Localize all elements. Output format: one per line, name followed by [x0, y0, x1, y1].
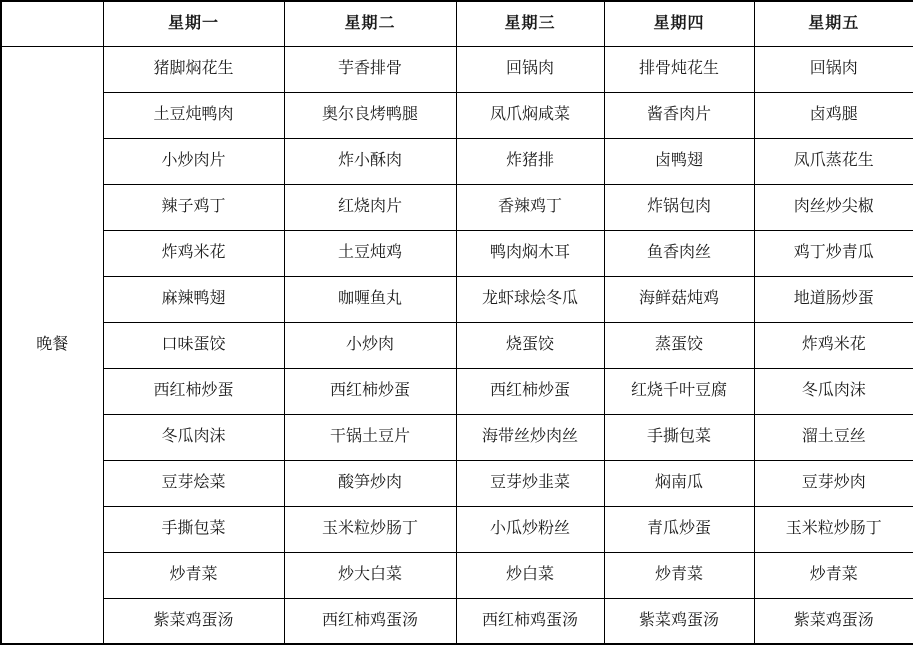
- meal-label: 晚餐: [1, 46, 103, 644]
- menu-cell: 青瓜炒蛋: [604, 506, 754, 552]
- menu-cell: 炒白菜: [456, 552, 604, 598]
- menu-cell: 炸锅包肉: [604, 184, 754, 230]
- menu-cell: 炸鸡米花: [103, 230, 284, 276]
- menu-cell: 凤爪蒸花生: [754, 138, 913, 184]
- menu-cell: 炸猪排: [456, 138, 604, 184]
- menu-cell: 玉米粒炒肠丁: [284, 506, 456, 552]
- menu-cell: 干锅土豆片: [284, 414, 456, 460]
- menu-cell: 奥尔良烤鸭腿: [284, 92, 456, 138]
- menu-cell: 卤鸡腿: [754, 92, 913, 138]
- menu-cell: 肉丝炒尖椒: [754, 184, 913, 230]
- menu-cell: 芋香排骨: [284, 46, 456, 92]
- menu-cell: 鱼香肉丝: [604, 230, 754, 276]
- table-row: 手撕包菜玉米粒炒肠丁小瓜炒粉丝青瓜炒蛋玉米粒炒肠丁: [1, 506, 913, 552]
- table-row: 紫菜鸡蛋汤西红柿鸡蛋汤西红柿鸡蛋汤紫菜鸡蛋汤紫菜鸡蛋汤: [1, 598, 913, 644]
- menu-cell: 手撕包菜: [103, 506, 284, 552]
- menu-cell: 猪脚焖花生: [103, 46, 284, 92]
- menu-cell: 紫菜鸡蛋汤: [604, 598, 754, 644]
- header-monday: 星期一: [103, 1, 284, 46]
- menu-cell: 土豆炖鸭肉: [103, 92, 284, 138]
- menu-cell: 蒸蛋饺: [604, 322, 754, 368]
- menu-cell: 西红柿炒蛋: [103, 368, 284, 414]
- menu-cell: 龙虾球烩冬瓜: [456, 276, 604, 322]
- header-wednesday: 星期三: [456, 1, 604, 46]
- menu-cell: 西红柿炒蛋: [456, 368, 604, 414]
- menu-cell: 炸小酥肉: [284, 138, 456, 184]
- menu-cell: 烧蛋饺: [456, 322, 604, 368]
- corner-cell: [1, 1, 103, 46]
- menu-cell: 凤爪焖咸菜: [456, 92, 604, 138]
- menu-cell: 海鲜菇炖鸡: [604, 276, 754, 322]
- menu-cell: 口味蛋饺: [103, 322, 284, 368]
- menu-cell: 西红柿鸡蛋汤: [284, 598, 456, 644]
- table-row: 小炒肉片炸小酥肉炸猪排卤鸭翅凤爪蒸花生: [1, 138, 913, 184]
- table-row: 炸鸡米花土豆炖鸡鸭肉焖木耳鱼香肉丝鸡丁炒青瓜: [1, 230, 913, 276]
- menu-cell: 手撕包菜: [604, 414, 754, 460]
- menu-cell: 辣子鸡丁: [103, 184, 284, 230]
- menu-cell: 紫菜鸡蛋汤: [754, 598, 913, 644]
- menu-cell: 红烧肉片: [284, 184, 456, 230]
- menu-cell: 红烧千叶豆腐: [604, 368, 754, 414]
- menu-cell: 炒青菜: [604, 552, 754, 598]
- menu-cell: 咖喱鱼丸: [284, 276, 456, 322]
- table-row: 晚餐猪脚焖花生芋香排骨回锅肉排骨炖花生回锅肉: [1, 46, 913, 92]
- menu-cell: 炒大白菜: [284, 552, 456, 598]
- header-thursday: 星期四: [604, 1, 754, 46]
- table-row: 豆芽烩菜酸笋炒肉豆芽炒韭菜焖南瓜豆芽炒肉: [1, 460, 913, 506]
- table-row: 麻辣鸭翅咖喱鱼丸龙虾球烩冬瓜海鲜菇炖鸡地道肠炒蛋: [1, 276, 913, 322]
- menu-cell: 小炒肉片: [103, 138, 284, 184]
- menu-cell: 西红柿鸡蛋汤: [456, 598, 604, 644]
- menu-cell: 豆芽炒韭菜: [456, 460, 604, 506]
- menu-cell: 海带丝炒肉丝: [456, 414, 604, 460]
- menu-cell: 酱香肉片: [604, 92, 754, 138]
- menu-cell: 香辣鸡丁: [456, 184, 604, 230]
- menu-cell: 炒青菜: [103, 552, 284, 598]
- header-row: 星期一 星期二 星期三 星期四 星期五: [1, 1, 913, 46]
- menu-cell: 鸭肉焖木耳: [456, 230, 604, 276]
- menu-cell: 小炒肉: [284, 322, 456, 368]
- menu-cell: 豆芽炒肉: [754, 460, 913, 506]
- menu-cell: 紫菜鸡蛋汤: [103, 598, 284, 644]
- table-row: 土豆炖鸭肉奥尔良烤鸭腿凤爪焖咸菜酱香肉片卤鸡腿: [1, 92, 913, 138]
- header-tuesday: 星期二: [284, 1, 456, 46]
- menu-cell: 土豆炖鸡: [284, 230, 456, 276]
- table-row: 口味蛋饺小炒肉烧蛋饺蒸蛋饺炸鸡米花: [1, 322, 913, 368]
- menu-cell: 回锅肉: [456, 46, 604, 92]
- menu-cell: 炸鸡米花: [754, 322, 913, 368]
- menu-cell: 鸡丁炒青瓜: [754, 230, 913, 276]
- menu-cell: 炒青菜: [754, 552, 913, 598]
- header-friday: 星期五: [754, 1, 913, 46]
- menu-cell: 小瓜炒粉丝: [456, 506, 604, 552]
- menu-cell: 麻辣鸭翅: [103, 276, 284, 322]
- menu-cell: 西红柿炒蛋: [284, 368, 456, 414]
- menu-cell: 焖南瓜: [604, 460, 754, 506]
- menu-cell: 回锅肉: [754, 46, 913, 92]
- menu-cell: 冬瓜肉沫: [754, 368, 913, 414]
- menu-body: 晚餐猪脚焖花生芋香排骨回锅肉排骨炖花生回锅肉土豆炖鸭肉奥尔良烤鸭腿凤爪焖咸菜酱香…: [1, 46, 913, 644]
- menu-cell: 地道肠炒蛋: [754, 276, 913, 322]
- menu-cell: 豆芽烩菜: [103, 460, 284, 506]
- table-row: 辣子鸡丁红烧肉片香辣鸡丁炸锅包肉肉丝炒尖椒: [1, 184, 913, 230]
- menu-cell: 排骨炖花生: [604, 46, 754, 92]
- menu-cell: 卤鸭翅: [604, 138, 754, 184]
- menu-cell: 冬瓜肉沫: [103, 414, 284, 460]
- table-row: 炒青菜炒大白菜炒白菜炒青菜炒青菜: [1, 552, 913, 598]
- table-row: 冬瓜肉沫干锅土豆片海带丝炒肉丝手撕包菜溜土豆丝: [1, 414, 913, 460]
- weekly-dinner-menu-table: 星期一 星期二 星期三 星期四 星期五 晚餐猪脚焖花生芋香排骨回锅肉排骨炖花生回…: [0, 0, 913, 645]
- menu-cell: 玉米粒炒肠丁: [754, 506, 913, 552]
- menu-cell: 溜土豆丝: [754, 414, 913, 460]
- menu-cell: 酸笋炒肉: [284, 460, 456, 506]
- table-row: 西红柿炒蛋西红柿炒蛋西红柿炒蛋红烧千叶豆腐冬瓜肉沫: [1, 368, 913, 414]
